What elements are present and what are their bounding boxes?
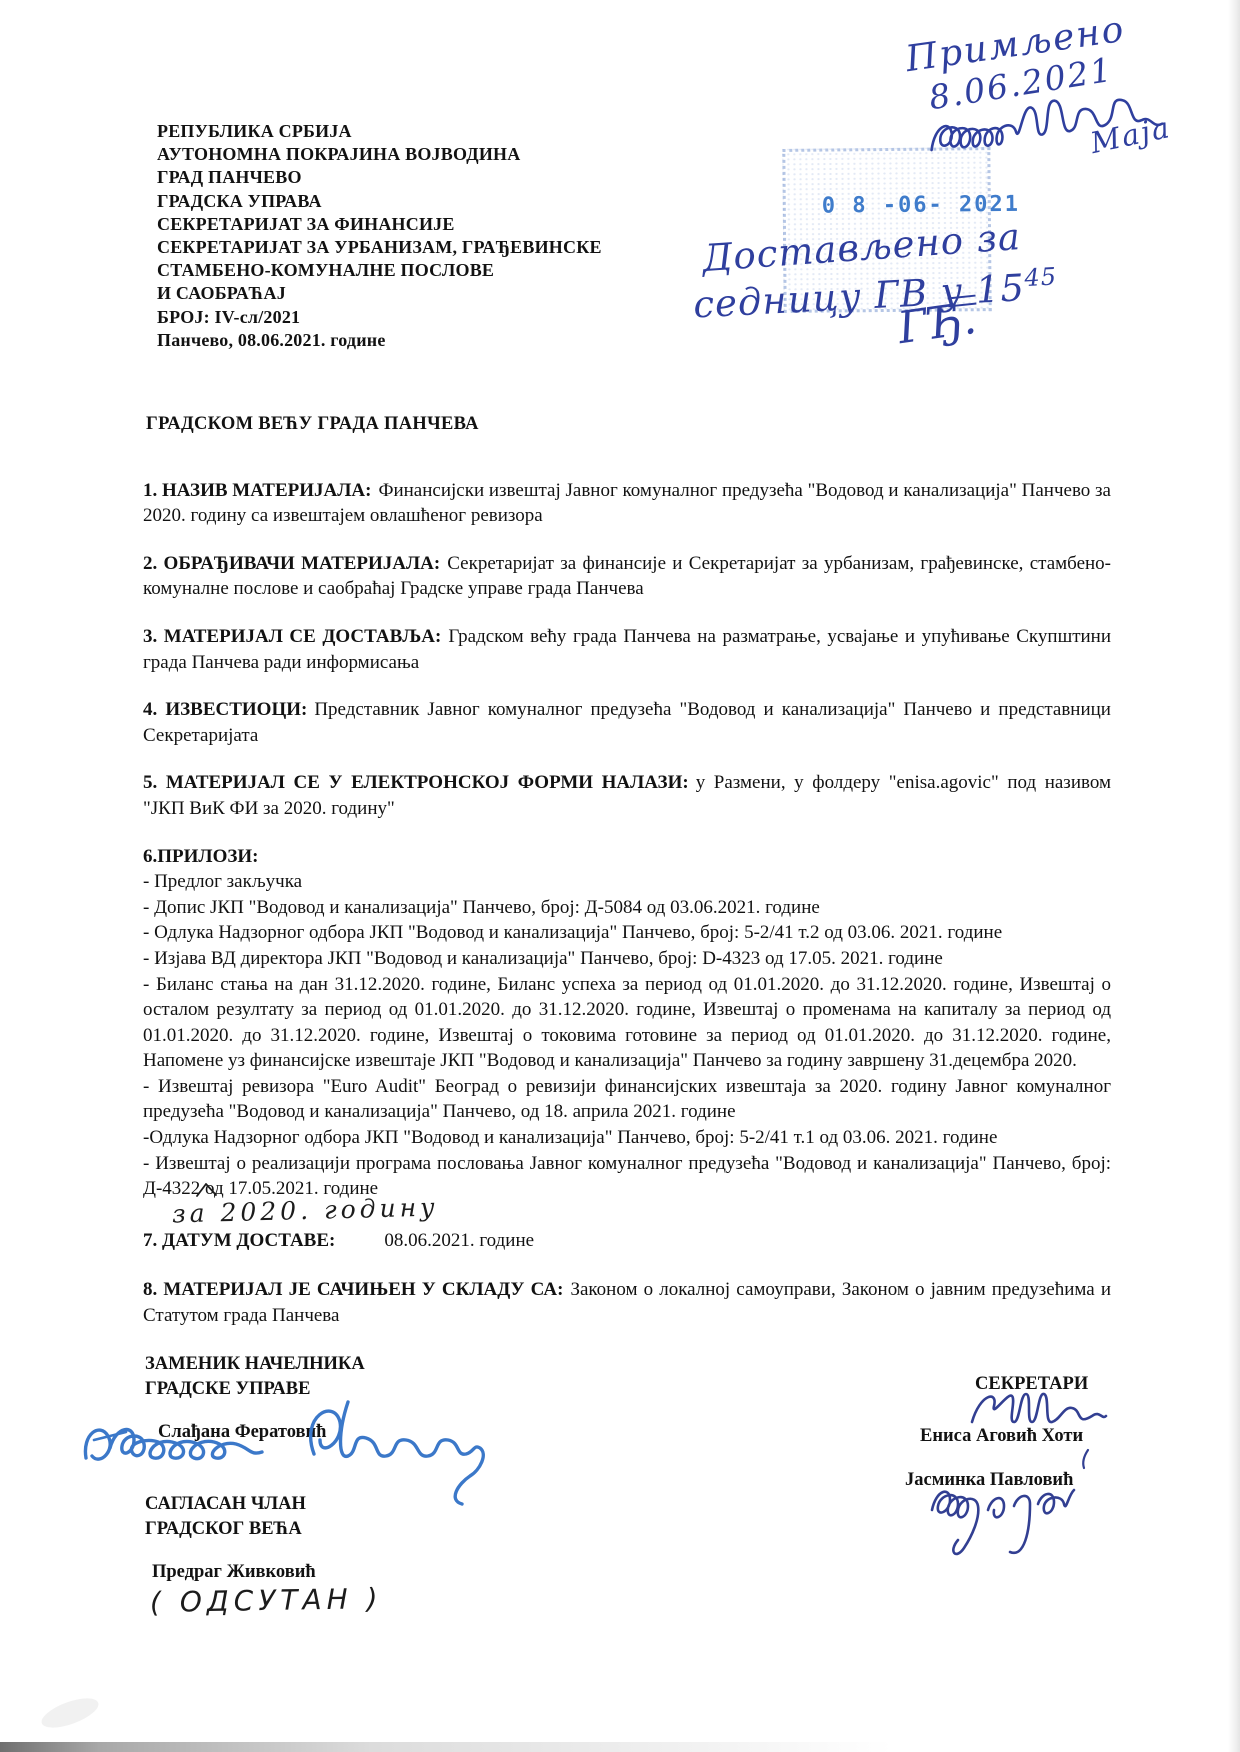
scanned-document-page: РЕПУБЛИКА СРБИЈА АУТОНОМНА ПОКРАЈИНА ВОЈ… — [0, 0, 1240, 1752]
section-8: 8. МАТЕРИЈАЛ ЈЕ САЧИЊЕН У СКЛАДУ СА:Зако… — [143, 1277, 1111, 1328]
letterhead-line: АУТОНОМНА ПОКРАЈИНА ВОЈВОДИНА — [157, 143, 602, 166]
letterhead-line: ГРАД ПАНЧЕВО — [157, 166, 602, 189]
section-3: 3. МАТЕРИЈАЛ СЕ ДОСТАВЉА:Градском већу г… — [143, 624, 1111, 675]
letterhead-line: И САОБРАЋАЈ — [157, 282, 602, 305]
section-8-label: 8. МАТЕРИЈАЛ ЈЕ САЧИЊЕН У СКЛАДУ СА: — [143, 1279, 570, 1300]
attachment-item: - Допис ЈКП "Водовод и канализација" Пан… — [143, 895, 1111, 921]
section-4: 4. ИЗВЕСТИОЦИ:Представник Јавног комунал… — [143, 697, 1111, 748]
section-3-label: 3. МАТЕРИЈАЛ СЕ ДОСТАВЉА: — [143, 626, 448, 647]
section-1-label: 1. НАЗИВ МАТЕРИЈАЛА: — [143, 480, 378, 501]
letterhead-line: РЕПУБЛИКА СРБИЈА — [157, 120, 602, 143]
delivery-note-superscript: 45 — [1024, 262, 1058, 292]
section-4-label: 4. ИЗВЕСТИОЦИ: — [143, 699, 314, 720]
stamp-date-text: 0 8 -06- 2021 — [822, 192, 1020, 219]
letterhead-line: СЕКРЕТАРИЈАТ ЗА УРБАНИЗАМ, ГРАЂЕВИНСКЕ — [157, 236, 602, 259]
attachment-item: - Извештај о реализацији програма послов… — [143, 1151, 1111, 1202]
scan-edge-bottom — [0, 1742, 1240, 1752]
section-5-label: 5. МАТЕРИЈАЛ СЕ У ЕЛЕКТРОНСКОЈ ФОРМИ НАЛ… — [143, 772, 696, 793]
left-approver-name: Предраг Живковић — [152, 1560, 316, 1585]
attachments-label: 6.ПРИЛОЗИ: — [143, 844, 1111, 870]
left-approver-title-line2: ГРАДСКОГ ВЕЋА — [145, 1517, 306, 1542]
right-signer-name-1: Ениса Аговић Хоти — [920, 1424, 1083, 1449]
caret-mark — [196, 1182, 218, 1198]
attachment-item: - Одлука Надзорног одбора ЈКП "Водовод и… — [143, 920, 1111, 946]
section-7-value: 08.06.2021. године — [384, 1230, 534, 1251]
left-approver-title-line1: САГЛАСАН ЧЛАН — [145, 1492, 306, 1517]
addressee-line: ГРАДСКОМ ВЕЋУ ГРАДА ПАНЧЕВА — [146, 412, 1111, 438]
section-7: 7. ДАТУМ ДОСТАВЕ:08.06.2021. године — [143, 1228, 1111, 1254]
attachment-item: - Изјава ВД директора ЈКП "Водовод и кан… — [143, 946, 1111, 972]
attachments-list: - Предлог закључка - Допис ЈКП "Водовод … — [143, 869, 1111, 1202]
document-number: БРОЈ: IV-сл/2021 — [157, 306, 602, 329]
signature-tick — [1078, 1448, 1092, 1470]
section-2: 2. ОБРАЂИВАЧИ МАТЕРИЈАЛА:Секретаријат за… — [143, 551, 1111, 602]
left-approver-title: САГЛАСАН ЧЛАН ГРАДСКОГ ВЕЋА — [145, 1492, 306, 1541]
left-signer-title-line1: ЗАМЕНИК НАЧЕЛНИКА — [145, 1352, 365, 1377]
section-2-label: 2. ОБРАЂИВАЧИ МАТЕРИЈАЛА: — [143, 553, 447, 574]
attachment-item: - Извештај ревизора "Euro Audit" Београд… — [143, 1074, 1111, 1125]
letterhead: РЕПУБЛИКА СРБИЈА АУТОНОМНА ПОКРАЈИНА ВОЈ… — [157, 120, 602, 352]
section-5: 5. МАТЕРИЈАЛ СЕ У ЕЛЕКТРОНСКОЈ ФОРМИ НАЛ… — [143, 770, 1111, 821]
handwritten-initials: ГЂ. — [895, 293, 980, 354]
scan-smudge — [38, 1692, 102, 1733]
signature-jasminka-pavlovic — [928, 1476, 1108, 1566]
letterhead-line: ГРАДСКА УПРАВА — [157, 190, 602, 213]
document-body: ГРАДСКОМ ВЕЋУ ГРАДА ПАНЧЕВА 1. НАЗИВ МАТ… — [143, 412, 1111, 1329]
letterhead-line: СЕКРЕТАРИЈАТ ЗА ФИНАНСИЈЕ — [157, 213, 602, 236]
attachment-item: - Биланс стања на дан 31.12.2020. године… — [143, 972, 1111, 1074]
left-signer-title: ЗАМЕНИК НАЧЕЛНИКА ГРАДСКЕ УПРАВЕ — [145, 1352, 365, 1401]
scan-edge-right — [1228, 0, 1240, 1752]
letterhead-line: СТАМБЕНО-КОМУНАЛНЕ ПОСЛОВЕ — [157, 259, 602, 282]
attachment-item: - Предлог закључка — [143, 869, 1111, 895]
section-1: 1. НАЗИВ МАТЕРИЈАЛА:Финансијски извештај… — [143, 478, 1111, 529]
handwritten-absent-note: ( ОДСУТАН ) — [150, 1582, 383, 1619]
document-date-place: Панчево, 08.06.2021. године — [157, 329, 602, 352]
attachment-item: -Одлука Надзорног одбора ЈКП "Водовод и … — [143, 1125, 1111, 1151]
section-7-label: 7. ДАТУМ ДОСТАВЕ: — [143, 1230, 342, 1251]
